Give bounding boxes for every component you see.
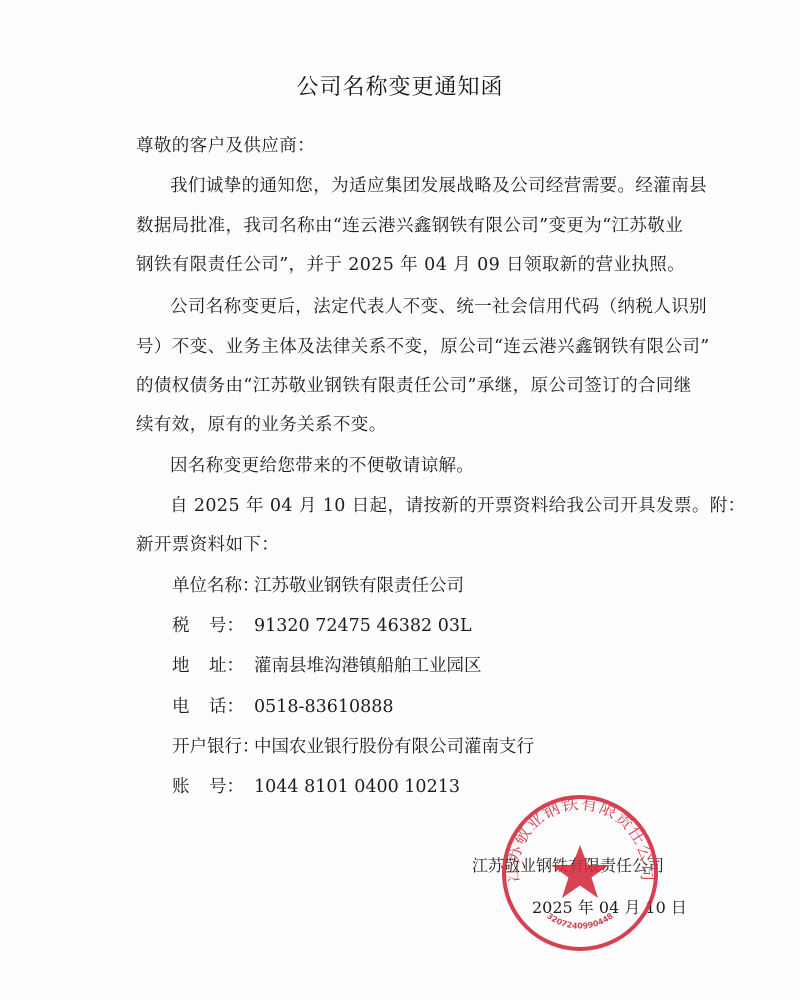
info-value: 0518-83610888 [254, 697, 394, 717]
info-value: 江苏敬业钢铁有限责任公司 [254, 576, 464, 596]
company-seal-icon: 江苏敬业钢铁有限责任公司 3207240990448 [500, 793, 660, 953]
salutation: 尊敬的客户及供应商： [136, 132, 315, 157]
info-value: 灌南县堆沟港镇船舶工业园区 [254, 656, 482, 676]
invoice-company-name: 单位名称：江苏敬业钢铁有限责任公司 [172, 572, 464, 597]
document-page: 公司名称变更通知函 尊敬的客户及供应商： 我们诚挚的通知您，为适应集团发展战略及… [0, 0, 800, 1000]
invoice-address: 地址：灌南县堆沟港镇船舶工业园区 [172, 652, 482, 677]
svg-text:3207240990448: 3207240990448 [545, 911, 615, 931]
info-label: 单位名称： [172, 572, 254, 597]
paragraph-1-line-2: 数据局批准，我司名称由“连云港兴鑫钢铁有限公司”变更为“江苏敬业 [136, 212, 683, 237]
invoice-account-number: 账号：1044 8101 0400 10213 [172, 773, 460, 798]
info-label: 地址： [172, 652, 244, 677]
info-label: 电话： [172, 693, 244, 718]
paragraph-2-line-4: 续有效，原有的业务关系不变。 [136, 411, 387, 436]
paragraph-2-line-1: 公司名称变更后，法定代表人不变、统一社会信用代码（纳税人识别 [170, 293, 707, 318]
paragraph-2-line-2: 号）不变、业务主体及法律关系不变，原公司“连云港兴鑫钢铁有限公司” [136, 333, 710, 358]
paragraph-4-line-1: 自 2025 年 04 月 10 日起，请按新的开票资料给我公司开具发票。附： [170, 492, 746, 517]
info-label: 开户银行： [172, 733, 254, 758]
star-icon [551, 845, 609, 898]
info-label: 税号： [172, 612, 244, 637]
paragraph-1-line-1: 我们诚挚的通知您，为适应集团发展战略及公司经营需要。经灌南县 [170, 172, 707, 197]
paragraph-2-line-3: 的债权债务由“江苏敬业钢铁有限责任公司”承继，原公司签订的合同继 [136, 372, 692, 397]
paragraph-1-line-3: 钢铁有限责任公司”，并于 2025 年 04 月 09 日领取新的营业执照。 [136, 251, 685, 276]
info-value: 1044 8101 0400 10213 [254, 777, 460, 797]
paragraph-3: 因名称变更给您带来的不便敬请谅解。 [170, 452, 474, 477]
invoice-bank: 开户银行：中国农业银行股份有限公司灌南支行 [172, 733, 534, 758]
info-label: 账号： [172, 773, 244, 798]
document-title: 公司名称变更通知函 [0, 70, 800, 101]
invoice-phone: 电话：0518-83610888 [172, 693, 394, 718]
invoice-tax-number: 税号：91320 72475 46382 03L [172, 612, 472, 637]
info-value: 91320 72475 46382 03L [254, 616, 472, 636]
info-value: 中国农业银行股份有限公司灌南支行 [254, 737, 534, 757]
paragraph-4-line-2: 新开票资料如下： [136, 531, 279, 556]
